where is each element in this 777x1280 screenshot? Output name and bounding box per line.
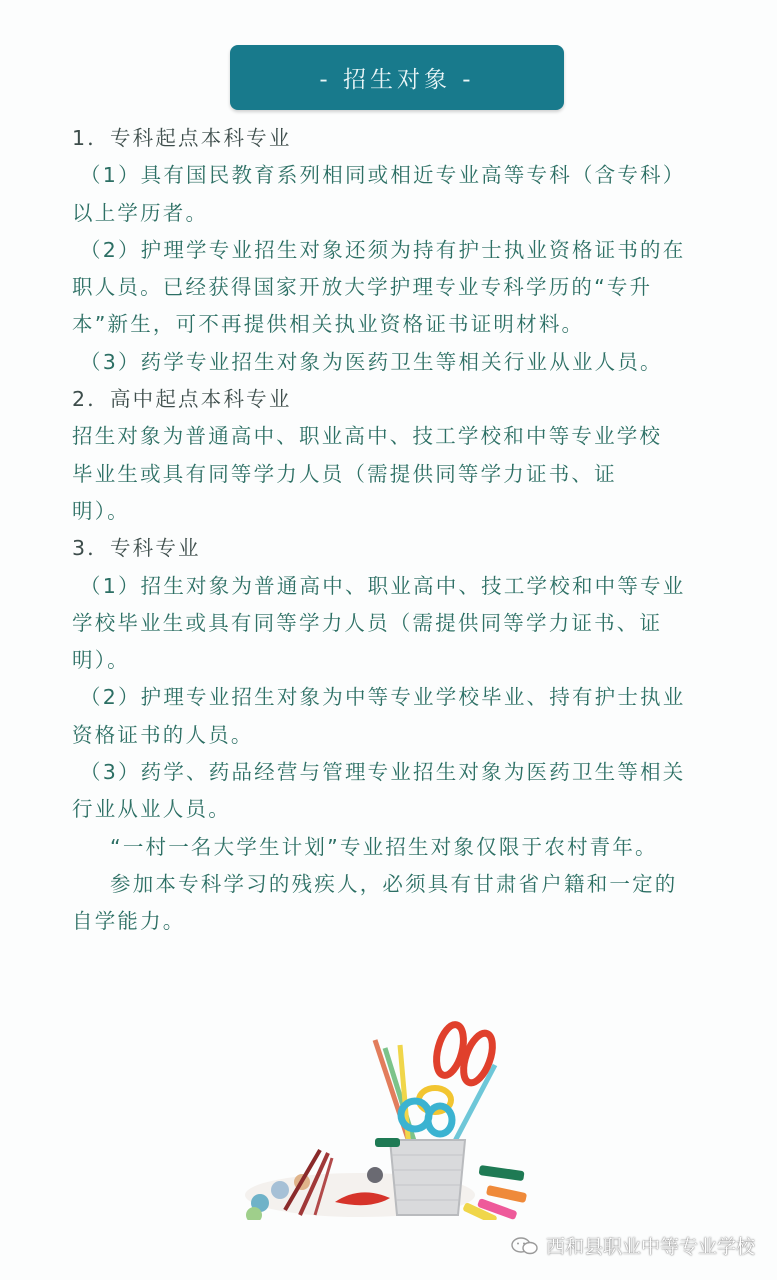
paragraph-line: 资格证书的人员。 [72, 717, 712, 754]
pencil-cup-icon [240, 1010, 540, 1220]
section-heading-2: 2．高中起点本科专业 [72, 381, 712, 418]
stationery-illustration [240, 1010, 540, 1220]
wechat-icon [510, 1235, 540, 1257]
paragraph-line: （3）药学专业招生对象为医药卫生等相关行业从业人员。 [72, 344, 712, 381]
paragraph-line: 行业从业人员。 [72, 791, 712, 828]
paragraph-line: （2）护理学专业招生对象还须为持有护士执业资格证书的在 [72, 232, 712, 269]
paragraph-line: （2）护理专业招生对象为中等专业学校毕业、持有护士执业 [72, 679, 712, 716]
paragraph-line: 明）。 [72, 642, 712, 679]
account-footer: 西和县职业中等专业学校 [510, 1232, 755, 1259]
note-line: 参加本专科学习的残疾人，必须具有甘肃省户籍和一定的 [72, 866, 712, 903]
article-body: 1．专科起点本科专业 （1）具有国民教育系列相同或相近专业高等专科（含专科） 以… [72, 120, 712, 941]
paragraph-line: （1）招生对象为普通高中、职业高中、技工学校和中等专业 [72, 568, 712, 605]
paragraph-line: 毕业生或具有同等学力人员（需提供同等学力证书、证 [72, 456, 712, 493]
paragraph-line: 招生对象为普通高中、职业高中、技工学校和中等专业学校 [72, 418, 712, 455]
paragraph-line: （1）具有国民教育系列相同或相近专业高等专科（含专科） [72, 157, 712, 194]
note-line: 自学能力。 [72, 903, 712, 940]
paragraph-line: 职人员。已经获得国家开放大学护理专业专科学历的“专升 [72, 269, 712, 306]
account-name: 西和县职业中等专业学校 [546, 1232, 755, 1259]
paragraph-line: 以上学历者。 [72, 195, 712, 232]
paragraph-line: 本”新生，可不再提供相关执业资格证书证明材料。 [72, 306, 712, 343]
section-title: - 招生对象 - [319, 61, 474, 94]
paragraph-line: （3）药学、药品经营与管理专业招生对象为医药卫生等相关 [72, 754, 712, 791]
paragraph-line: 学校毕业生或具有同等学力人员（需提供同等学力证书、证 [72, 605, 712, 642]
section-heading-3: 3．专科专业 [72, 530, 712, 567]
section-title-banner: - 招生对象 - [230, 45, 564, 110]
section-heading-1: 1．专科起点本科专业 [72, 120, 712, 157]
paragraph-line: 明）。 [72, 493, 712, 530]
note-line: “一村一名大学生计划”专业招生对象仅限于农村青年。 [72, 829, 712, 866]
